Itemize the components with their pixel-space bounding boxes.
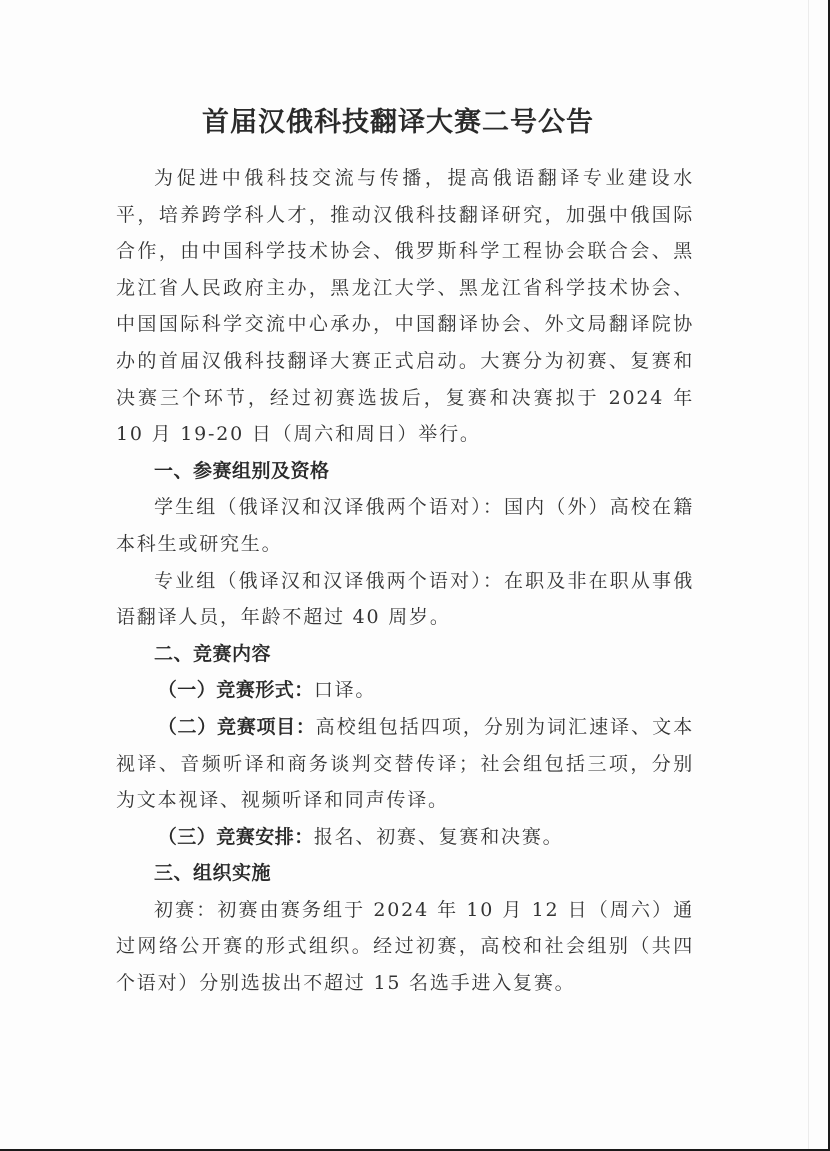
document-body: 为促进中俄科技交流与传播，提高俄语翻译专业建设水平，培养跨学科人才，推动汉俄科技… [116, 160, 694, 1002]
document-page: 首届汉俄科技翻译大赛二号公告 为促进中俄科技交流与传播，提高俄语翻译专业建设水平… [0, 0, 830, 1151]
item-competition-schedule: （三）竞赛安排：报名、初赛、复赛和决赛。 [116, 819, 694, 856]
item-competition-events: （二）竞赛项目：高校组包括四项，分别为词汇速译、文本视译、音频听译和商务谈判交替… [116, 709, 694, 819]
paragraph-preliminary-round: 初赛：初赛由赛务组于 2024 年 10 月 12 日（周六）通过网络公开赛的形… [116, 892, 694, 1002]
section-heading-eligibility: 一、参赛组别及资格 [116, 453, 694, 490]
item-label: （一）竞赛形式： [158, 679, 314, 701]
item-competition-format: （一）竞赛形式：口译。 [116, 672, 694, 709]
paragraph-student-group: 学生组（俄译汉和汉译俄两个语对）：国内（外）高校在籍本科生或研究生。 [116, 489, 694, 562]
document-title: 首届汉俄科技翻译大赛二号公告 [0, 100, 796, 139]
item-text: 报名、初赛、复赛和决赛。 [314, 826, 564, 848]
item-label: （三）竞赛安排： [158, 826, 314, 848]
item-text: 口译。 [314, 679, 376, 701]
section-heading-content: 二、竞赛内容 [116, 636, 694, 673]
section-heading-organization: 三、组织实施 [116, 855, 694, 892]
item-label: （二）竞赛项目： [158, 716, 316, 738]
intro-paragraph: 为促进中俄科技交流与传播，提高俄语翻译专业建设水平，培养跨学科人才，推动汉俄科技… [116, 160, 694, 453]
paragraph-professional-group: 专业组（俄译汉和汉译俄两个语对）：在职及非在职从事俄语翻译人员，年龄不超过 40… [116, 563, 694, 636]
page-edge-line [808, 0, 809, 1149]
